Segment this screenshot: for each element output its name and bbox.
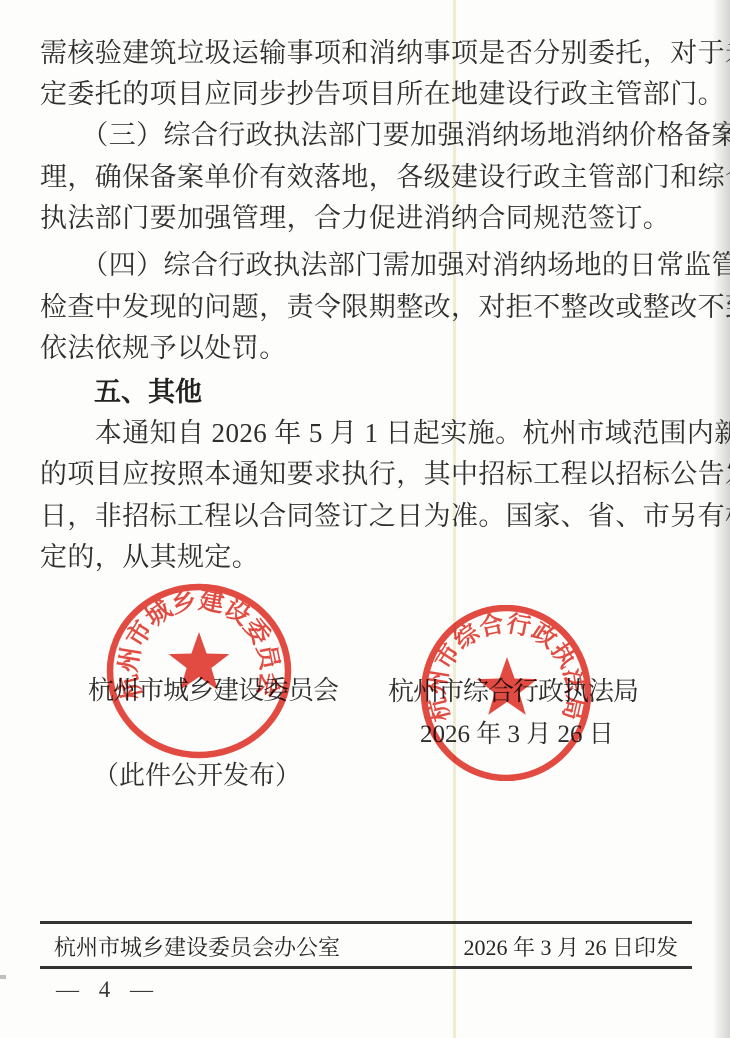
section-heading: 五、其他 — [94, 376, 202, 408]
document-page: 需核验建筑垃圾运输事项和消纳事项是否分别委托，对于未按规 定委托的项目应同步抄告… — [0, 0, 730, 1038]
body-line: 需核验建筑垃圾运输事项和消纳事项是否分别委托，对于未按规 — [40, 37, 694, 71]
body-line: 日，非招标工程以合同签订之日为准。国家、省、市另有相关规 — [40, 500, 694, 534]
official-seal-left: 杭州市城乡建设委员会 — [103, 583, 297, 761]
footer-rule-top — [40, 921, 692, 924]
scan-speck — [0, 975, 6, 979]
body-line: 定的，从其规定。 — [40, 541, 694, 575]
body-line: 定委托的项目应同步抄告项目所在地建设行政主管部门。 — [40, 78, 694, 112]
footer-issuing-office: 杭州市城乡建设委员会办公室 — [40, 931, 354, 962]
footer-rule-bottom — [40, 966, 692, 969]
body-line: （三）综合行政执法部门要加强消纳场地消纳价格备案管 — [40, 119, 694, 153]
public-release-note: （此件公开发布） — [93, 761, 301, 791]
page-number: — 4 — — [56, 977, 155, 1003]
body-line: 检查中发现的问题，责令限期整改，对拒不整改或整改不到位的， — [40, 291, 694, 325]
body-line: （四）综合行政执法部门需加强对消纳场地的日常监管，对 — [40, 249, 694, 283]
body-line: 执法部门要加强管理，合力促进消纳合同规范签订。 — [40, 202, 694, 236]
official-seal-right: 杭州市综合行政执法局 — [420, 605, 592, 781]
body-line: 的项目应按照本通知要求执行，其中招标工程以招标公告发布之 — [40, 458, 694, 492]
body-line: 依法依规予以处罚。 — [40, 332, 694, 366]
footer-row: 杭州市城乡建设委员会办公室 2026 年 3 月 26 日印发 — [40, 931, 692, 962]
seal-star-icon — [169, 632, 230, 690]
footer-print-date: 2026 年 3 月 26 日印发 — [449, 931, 692, 962]
seal-star-icon — [477, 657, 538, 715]
body-line: 本通知自 2026 年 5 月 1 日起实施。杭州市域范围内新开工 — [40, 417, 694, 451]
body-line: 理，确保备案单价有效落地，各级建设行政主管部门和综合行政 — [40, 161, 694, 195]
